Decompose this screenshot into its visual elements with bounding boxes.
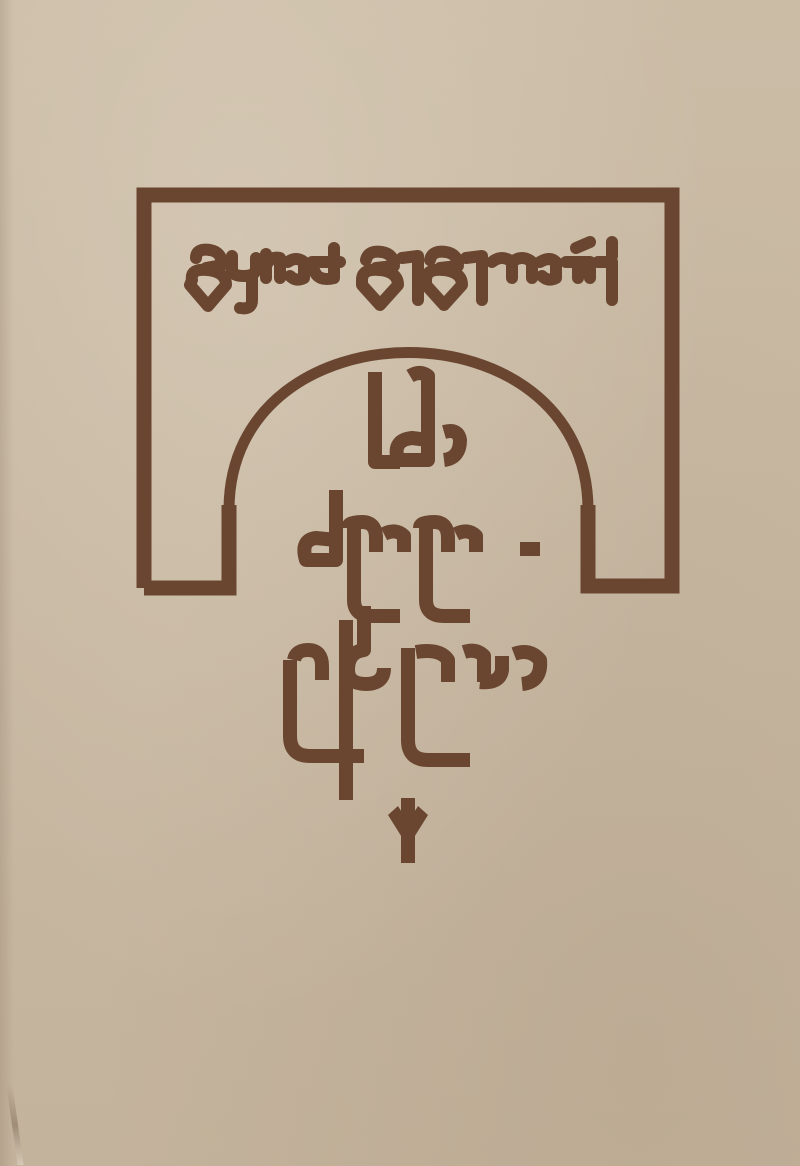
title-line-2 — [304, 490, 540, 616]
frame-left-leg — [144, 505, 229, 588]
book-cover: გურამ გეგეშიძე ხმა მღაღადებლისა — [0, 0, 800, 1166]
title-line-3 — [290, 606, 540, 800]
arch — [229, 353, 588, 511]
title-line-1 — [375, 372, 460, 462]
author-name — [190, 242, 612, 308]
tree-rune-icon — [388, 798, 428, 863]
cover-artwork — [0, 0, 800, 1166]
